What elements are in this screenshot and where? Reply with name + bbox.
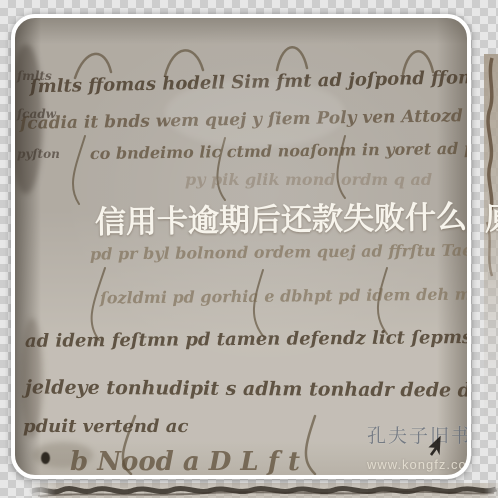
adjacent-ink-strokes-bottom bbox=[28, 483, 498, 498]
manuscript-line: jeldeye tonhudipit s adhm tonhadr dede d… bbox=[21, 376, 467, 401]
manuscript-line: pd pr byl bolnond ordem quej ad ffrſtu T… bbox=[90, 240, 467, 264]
manuscript-line: ſozldmi pd gorhia e dbhpt pd idem deh mu… bbox=[99, 284, 467, 308]
parchment-highlight bbox=[165, 78, 345, 148]
ink-spot bbox=[41, 452, 50, 464]
watermark-site-url: www.kongfz.com bbox=[367, 457, 471, 472]
transparency-checkerboard: 原 ſmlts ffomas hodell Sim fmt ad joſpond… bbox=[0, 0, 498, 498]
manuscript-photo: ſmlts ffomas hodell Sim fmt ad joſpond f… bbox=[11, 14, 471, 479]
manuscript-line: py pik glik mond ordm q ad bbox=[185, 170, 432, 189]
adjacent-image-edge-right: 原 bbox=[484, 54, 498, 458]
watermark-site-name: 孔夫子旧书网 bbox=[367, 421, 471, 448]
adjacent-ink-strokes bbox=[484, 54, 498, 458]
manuscript-line: ad idem feſtmn pd tamen defendz lict ſep… bbox=[25, 326, 467, 352]
manuscript-line: b Nood a D L f t bbox=[70, 447, 300, 475]
clipped-title-char: 原 bbox=[485, 194, 498, 239]
adjacent-image-edge-bottom bbox=[28, 483, 498, 498]
cursor-arrow-mark bbox=[427, 434, 447, 460]
overlay-title: 信用卡逾期后还款失败什么原 bbox=[95, 196, 471, 244]
manuscript-line: pduit vertend ac bbox=[23, 416, 188, 437]
kongfz-watermark: 孔夫子旧书网 www.kongfz.com bbox=[367, 421, 471, 472]
parchment-stain bbox=[21, 318, 43, 438]
